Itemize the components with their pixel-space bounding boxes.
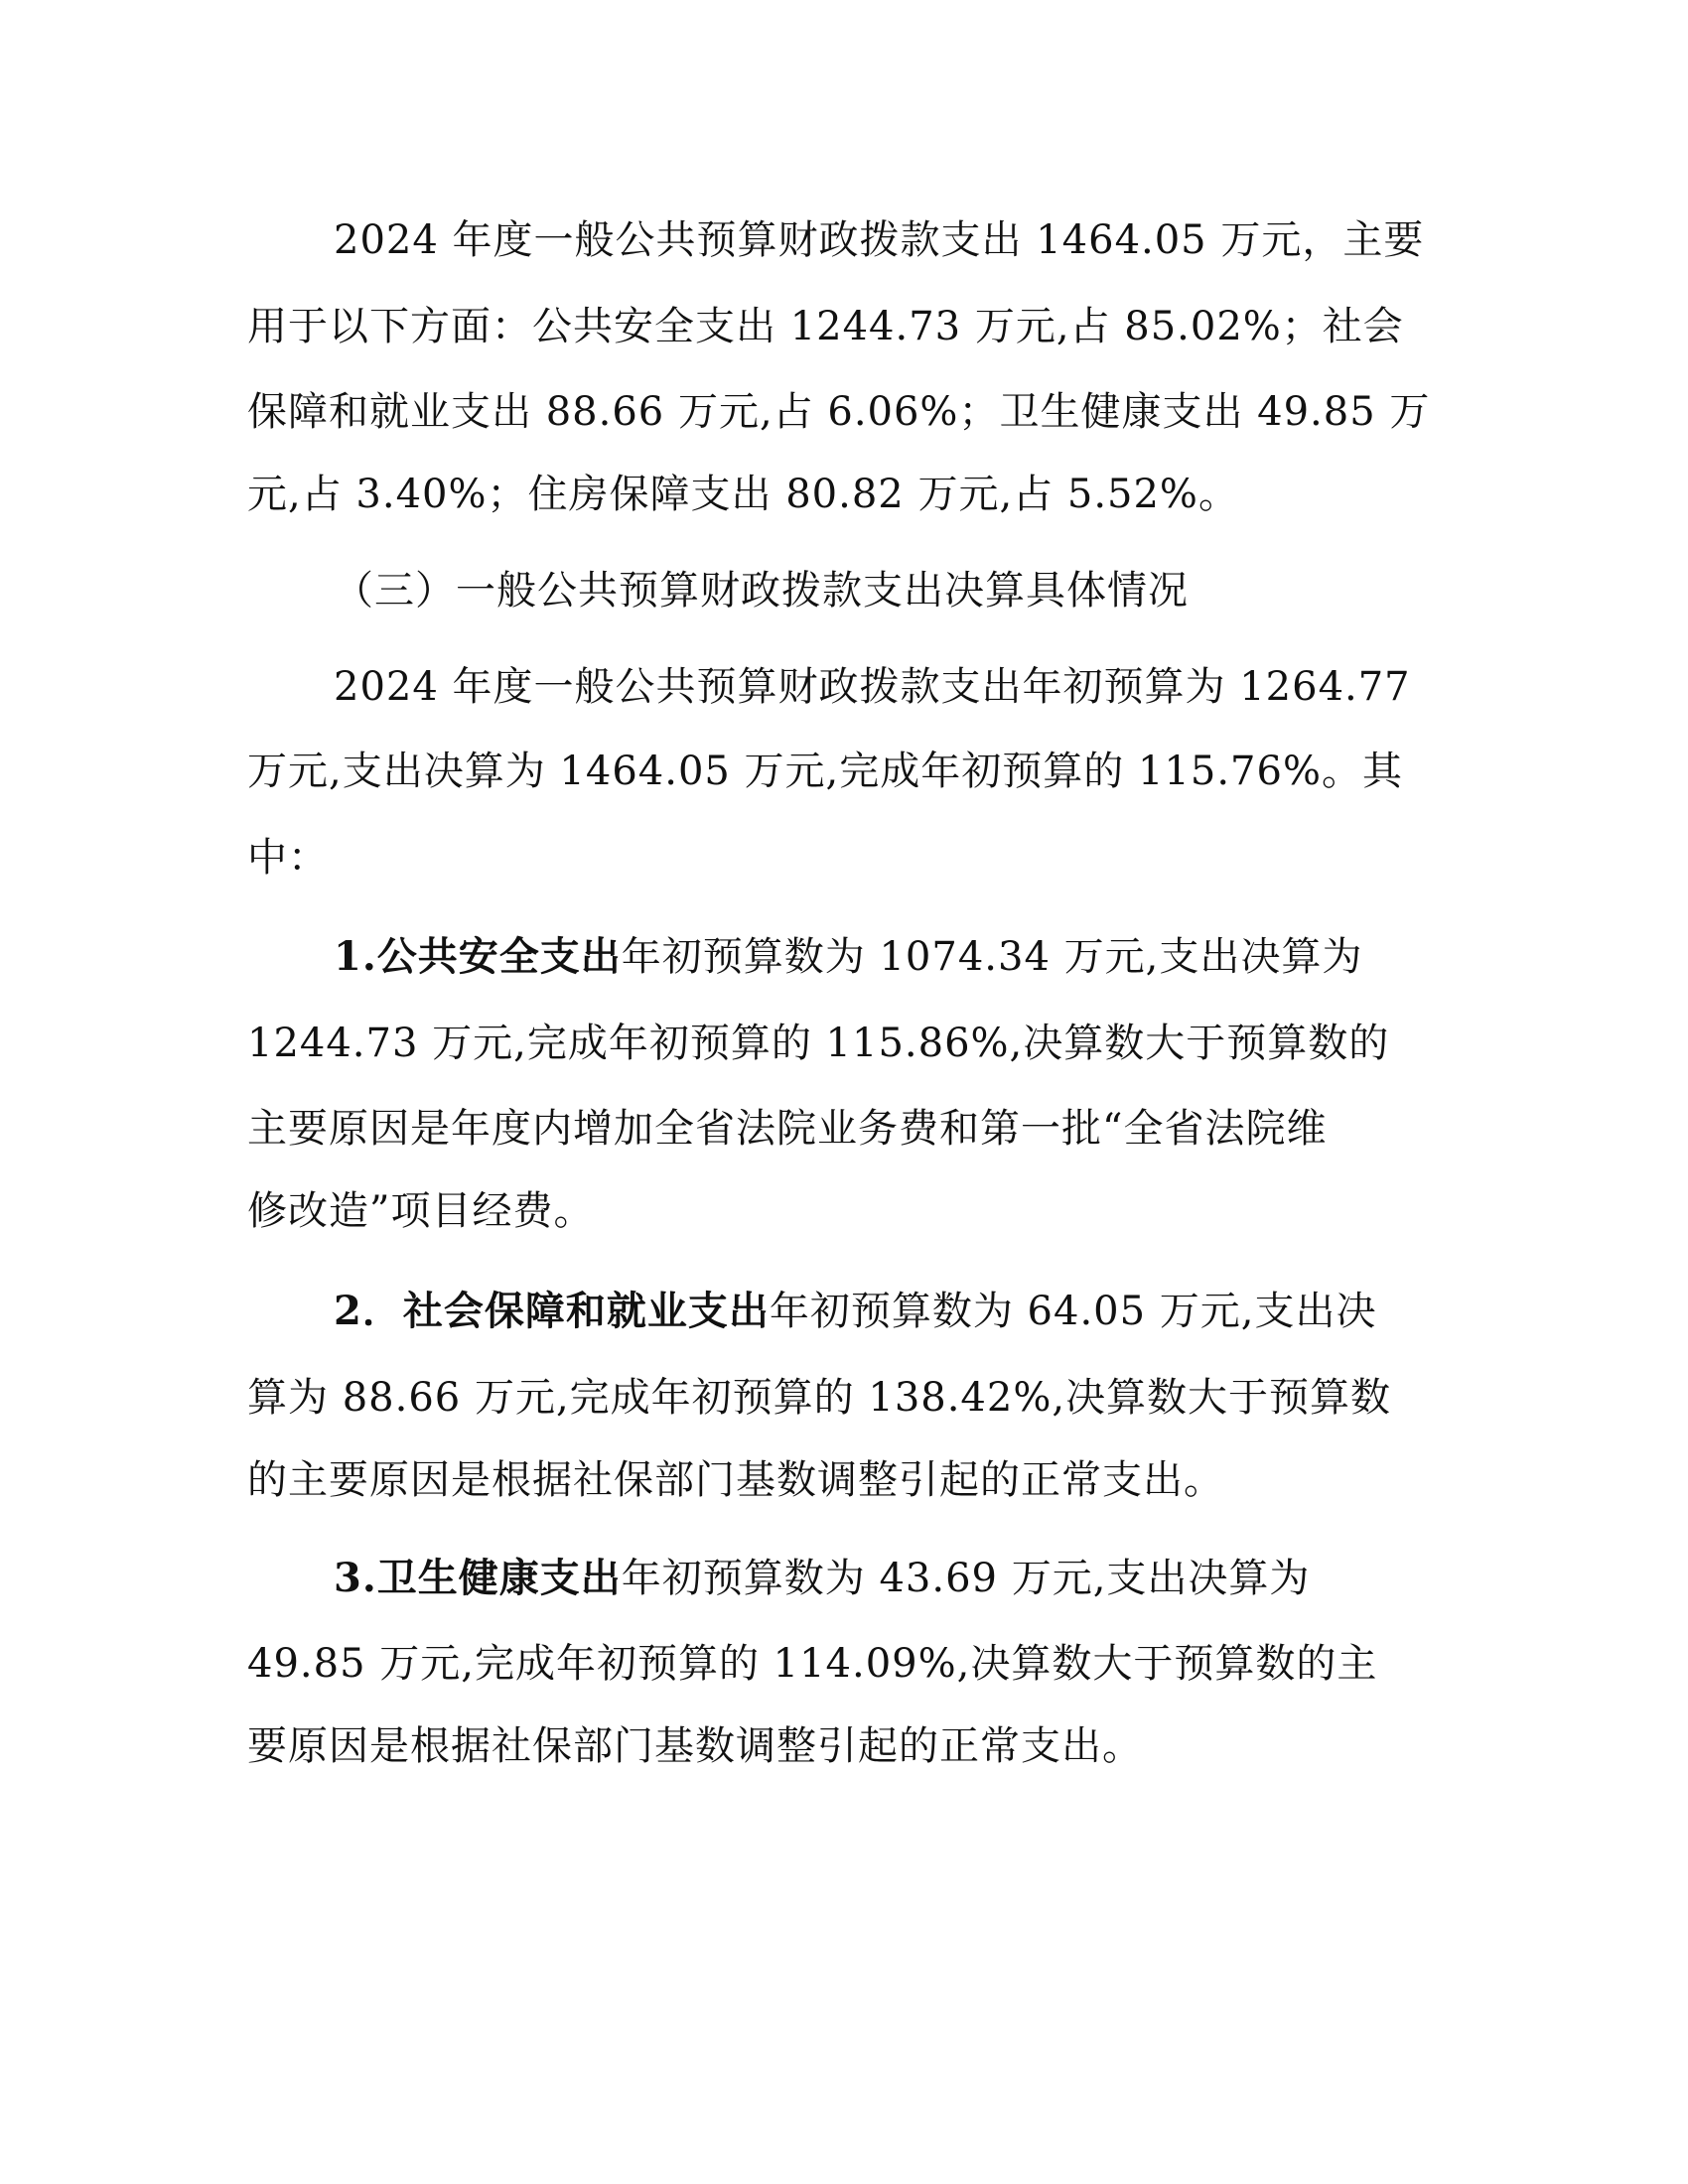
item-1-line-3: 主要原因是年度内增加全省法院业务费和第一批“全省法院维 [247,1086,1419,1171]
section-heading: （三）一般公共预算财政拨款支出决算具体情况 [334,548,1505,633]
item-1-line-2: 1244.73 万元,完成年初预算的 115.86%,决算数大于预算数的 [247,1001,1419,1086]
summary-line-1: 2024 年度一般公共预算财政拨款支出 1464.05 万元，主要 [334,198,1419,283]
document-page: 2024 年度一般公共预算财政拨款支出 1464.05 万元，主要 用于以下方面… [0,0,1688,2184]
overview-line-3: 中： [247,815,1419,900]
summary-line-4: 元,占 3.40%；住房保障支出 80.82 万元,占 5.52%。 [247,452,1419,537]
item-1-title: 1.公共安全支出 [334,933,622,980]
overview-line-2: 万元,支出决算为 1464.05 万元,完成年初预算的 115.76%。其 [247,729,1419,814]
item-2-line-1: 2．社会保障和就业支出年初预算数为 64.05 万元,支出决 [334,1269,1419,1354]
overview-line-1: 2024 年度一般公共预算财政拨款支出年初预算为 1264.77 [334,644,1419,730]
item-3-line-3: 要原因是根据社保部门基数调整引起的正常支出。 [247,1704,1419,1789]
item-2-line-2: 算为 88.66 万元,完成年初预算的 138.42%,决算数大于预算数 [247,1355,1419,1440]
item-3-line-2: 49.85 万元,完成年初预算的 114.09%,决算数大于预算数的主 [247,1621,1419,1706]
item-3-line-1-text: 年初预算数为 43.69 万元,支出决算为 [622,1556,1311,1601]
item-1-line-4: 修改造”项目经费。 [247,1168,1419,1254]
item-2-line-3: 的主要原因是根据社保部门基数调整引起的正常支出。 [247,1437,1419,1523]
item-1-line-1-text: 年初预算数为 1074.34 万元,支出决算为 [622,934,1363,980]
item-2-title: 2．社会保障和就业支出 [334,1288,770,1334]
summary-line-3: 保障和就业支出 88.66 万元,占 6.06%；卫生健康支出 49.85 万 [247,369,1419,455]
item-3-line-1: 3.卫生健康支出年初预算数为 43.69 万元,支出决算为 [334,1536,1419,1621]
item-2-line-1-text: 年初预算数为 64.05 万元,支出决 [770,1289,1377,1334]
item-3-title: 3.卫生健康支出 [334,1555,622,1601]
summary-line-2: 用于以下方面：公共安全支出 1244.73 万元,占 85.02%；社会 [247,284,1419,369]
item-1-line-1: 1.公共安全支出年初预算数为 1074.34 万元,支出决算为 [334,914,1419,1000]
